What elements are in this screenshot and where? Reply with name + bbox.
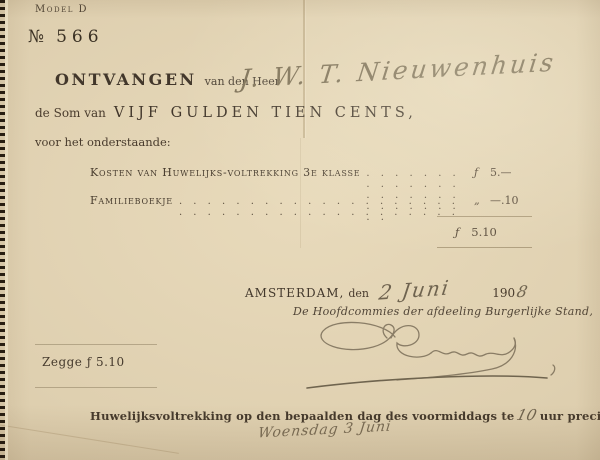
place-date-line: AMSTERDAM,den2 Juni1908 — [245, 278, 527, 302]
sum-line: de Som vanVIJF GULDEN TIEN CENTS, — [35, 105, 417, 121]
leader-dots: . . . . . . . . . . . . . . . . . . . . … — [173, 196, 474, 218]
amount-in-words: Zegge ƒ 5.10 — [42, 355, 125, 369]
line-item-label: Kosten van Huwelijks-voltrekking 3e klas… — [90, 166, 360, 179]
signature — [295, 315, 565, 400]
handwritten-time: 10 — [515, 406, 539, 424]
receipt-number-line: №566 — [28, 27, 104, 47]
den-label: den — [348, 287, 369, 300]
receipt-document: Model D №566 ONTVANGENvan den Heer J. W.… — [0, 0, 600, 460]
zegge-rule-bottom — [35, 387, 157, 388]
footer-text-post: uur precies. — [540, 409, 600, 423]
sum-in-words: VIJF GULDEN TIEN CENTS, — [114, 105, 417, 121]
sum-rule — [437, 216, 532, 217]
numero-sign: № — [28, 27, 46, 47]
received-heading: ONTVANGEN — [55, 70, 197, 89]
footer-text-pre: Huwelijksvoltrekking op den bepaalden da… — [90, 409, 514, 423]
sum-prefix: de Som van — [35, 106, 106, 120]
city-label: AMSTERDAM, — [245, 286, 344, 300]
total-rule — [437, 247, 532, 248]
currency-sign: ƒ — [474, 166, 490, 179]
total-row: ƒ5.10 — [455, 225, 497, 239]
year-printed: 190 — [492, 286, 515, 300]
perforation-highlight — [5, 0, 8, 460]
handwritten-year-digit: 8 — [515, 282, 529, 301]
ditto-sign: „ — [474, 194, 490, 207]
payer-name-handwritten: J. W. T. Nieuwenhuis — [238, 48, 557, 94]
total-amount: 5.10 — [471, 225, 497, 239]
model-label: Model D — [35, 4, 88, 15]
line-item-amount: —.10 — [490, 194, 534, 207]
line-item-label: Familieboekje — [90, 194, 173, 207]
total-currency-sign: ƒ — [455, 225, 459, 239]
line-item-amount: 5.— — [490, 166, 534, 179]
paper-crease-bottom — [0, 423, 179, 454]
receipt-number: 566 — [56, 27, 103, 47]
purpose-line: voor het onderstaande: — [35, 135, 171, 149]
line-item-family-book: Familieboekje . . . . . . . . . . . . . … — [90, 194, 534, 218]
handwritten-day: 2 Juni — [377, 275, 452, 304]
zegge-rule-top — [35, 344, 157, 345]
